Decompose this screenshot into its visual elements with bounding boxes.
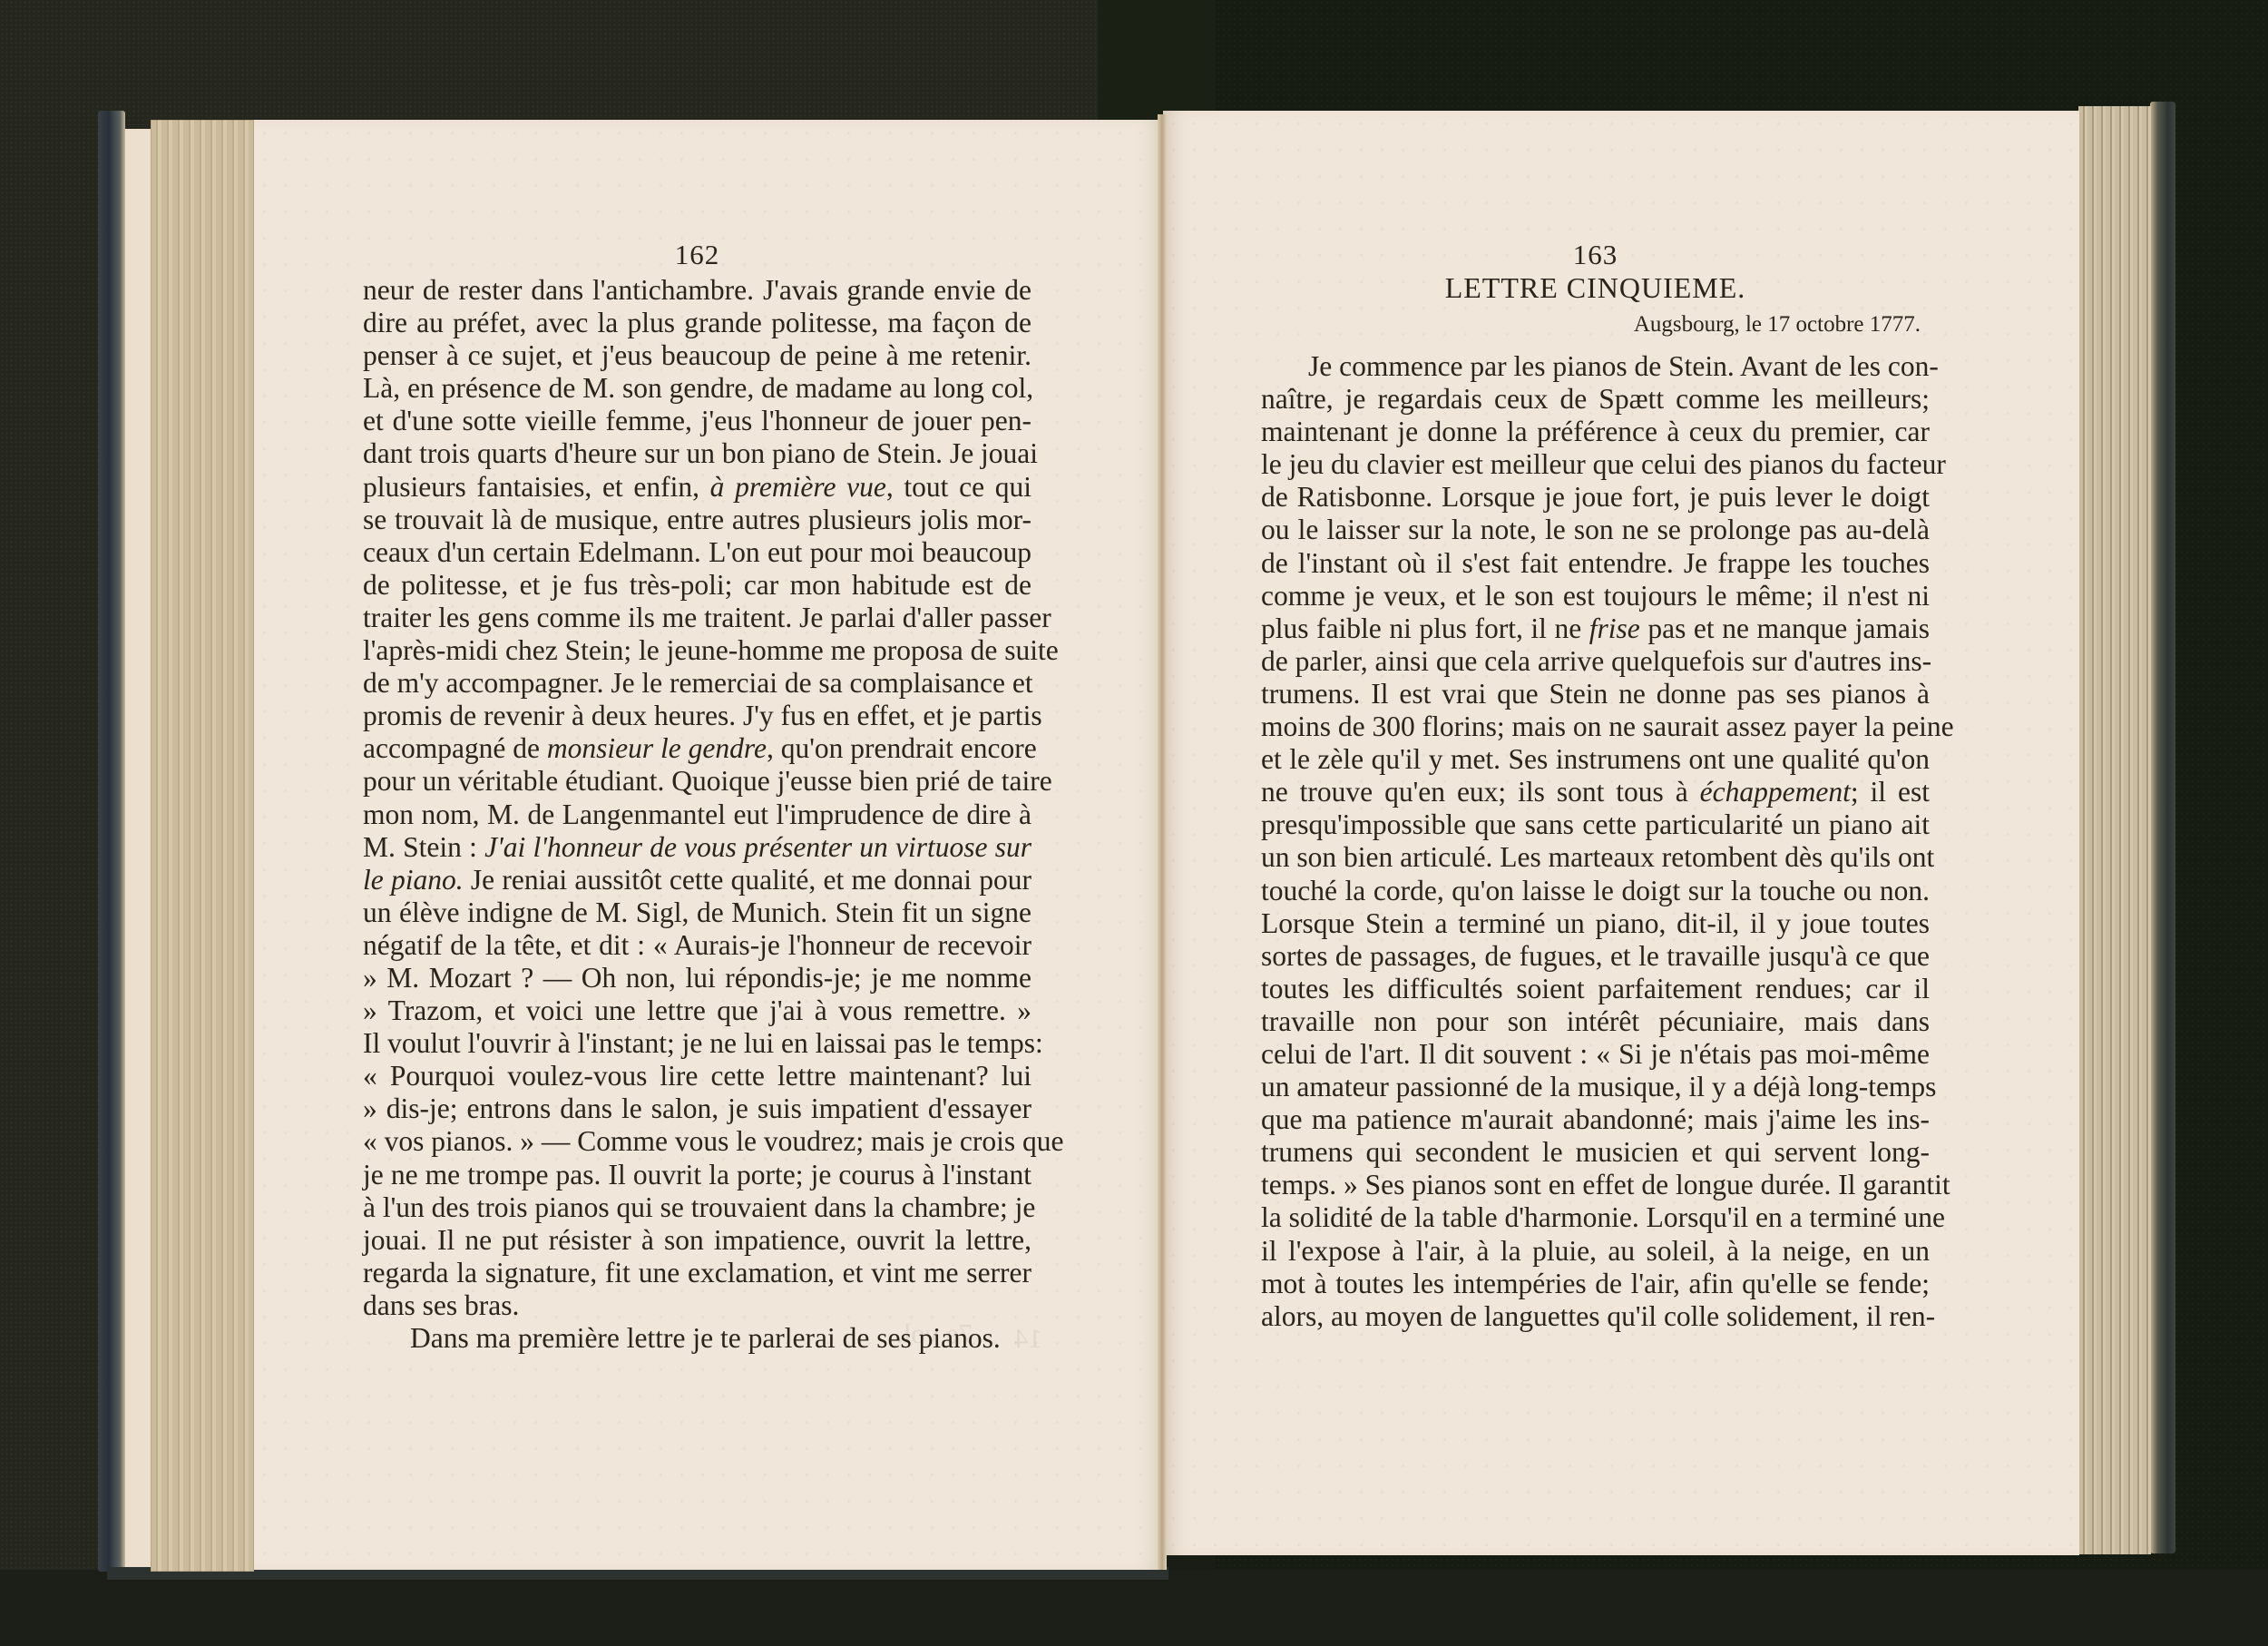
text-line: promis de revenir à deux heures. J'y fus… [363, 700, 1031, 732]
text-line-italic: plus faible ni plus fort, il ne frise pa… [1261, 612, 1930, 645]
letter-title: LETTRE CINQUIEME. [1261, 270, 1930, 305]
text-line: jouai. Il ne put résister à son impatien… [363, 1224, 1031, 1257]
italic-phrase: monsieur le gendre [547, 732, 767, 764]
text-line-italic: ne trouve qu'en eux; ils sont tous à éch… [1261, 776, 1930, 808]
text-line: le jeu du clavier est meilleur que celui… [1261, 448, 1930, 481]
text-line: dire au préfet, avec la plus grande poli… [363, 307, 1031, 339]
italic-phrase: J'ai l'honneur de vous présenter un virt… [484, 831, 1031, 863]
text-line: l'après-midi chez Stein; le jeune-homme … [363, 634, 1031, 667]
text-line: dans ses bras. [363, 1289, 1031, 1322]
book-cover-right [2150, 102, 2175, 1553]
text-line: un amateur passionné de la musique, il y… [1261, 1071, 1930, 1103]
text-line: moins de 300 florins; mais on ne saurait… [1261, 710, 1930, 743]
italic-phrase: frise [1589, 612, 1640, 644]
text-line: il l'expose à l'air, à la pluie, au sole… [1261, 1235, 1930, 1268]
text-line: que ma patience m'aurait abandonné; mais… [1261, 1103, 1930, 1136]
text-line: je ne me trompe pas. Il ouvrit la porte;… [363, 1159, 1031, 1191]
text-line-italic: accompagné de monsieur le gendre, qu'on … [363, 732, 1031, 765]
text-line: mon nom, M. de Langenmantel eut l'imprud… [363, 799, 1031, 831]
page-number-right: 163 [1261, 240, 1930, 270]
text-line: mot à toutes les intempéries de l'air, a… [1261, 1268, 1930, 1300]
text-line: » Trazom, et voici une lettre que j'ai à… [363, 994, 1031, 1027]
italic-phrase: à première vue [710, 471, 886, 503]
text-line: un son bien articulé. Les marteaux retom… [1261, 841, 1930, 874]
text-line: se trouvait là de musique, entre autres … [363, 504, 1031, 536]
text-line: celui de l'art. Il dit souvent : « Si je… [1261, 1038, 1930, 1071]
book-gutter [1158, 114, 1167, 1570]
text-line: de parler, ainsi que cela arrive quelque… [1261, 645, 1930, 678]
letter-dateline: Augsbourg, le 17 octobre 1777. [1261, 309, 1930, 341]
text-line: ou le laisser sur la note, le son ne se … [1261, 514, 1930, 546]
text-line: négatif de la tête, et dit : « Aurais-je… [363, 929, 1031, 962]
text-line: trumens. Il est vrai que Stein ne donne … [1261, 678, 1930, 710]
text-line: alors, au moyen de languettes qu'il coll… [1261, 1300, 1930, 1333]
text-line: comme je veux, et le son est toujours le… [1261, 580, 1930, 612]
text-line: la solidité de la table d'harmonie. Lors… [1261, 1201, 1930, 1234]
right-page-text: 163 LETTRE CINQUIEME. Augsbourg, le 17 o… [1261, 240, 1930, 1333]
text-line-italic: le piano. Je reniai aussitôt cette quali… [363, 864, 1031, 896]
text-line: « vos pianos. » — Comme vous le voudrez;… [363, 1125, 1031, 1158]
book-cover-left [98, 111, 125, 1572]
text-line: et le zèle qu'il y met. Ses instrumens o… [1261, 743, 1930, 776]
text-line: touché la corde, qu'on laisse le doigt s… [1261, 875, 1930, 907]
text-line: sortes de passages, de fugues, et le tra… [1261, 940, 1930, 973]
text-line-paragraph: Dans ma première lettre je te parlerai d… [363, 1322, 1031, 1355]
text-line: pour un véritable étudiant. Quoique j'eu… [363, 765, 1031, 798]
text-line: toutes les difficultés soient parfaiteme… [1261, 973, 1930, 1005]
text-line: Là, en présence de M. son gendre, de mad… [363, 372, 1031, 405]
text-line-italic: M. Stein : J'ai l'honneur de vous présen… [363, 831, 1031, 864]
italic-phrase: échappement [1700, 776, 1851, 808]
open-book: 7e vol. 14 162 neur de rester dans l'ant… [98, 102, 2175, 1590]
text-line: de politesse, et je fus très-poli; car m… [363, 569, 1031, 602]
text-line: de l'instant où il s'est fait entendre. … [1261, 547, 1930, 580]
text-line: de m'y accompagner. Je le remerciai de s… [363, 667, 1031, 700]
text-line: « Pourquoi voulez-vous lire cette lettre… [363, 1060, 1031, 1092]
text-line: un élève indigne de M. Sigl, de Munich. … [363, 896, 1031, 929]
left-page-text: 162 neur de rester dans l'antichambre. J… [363, 240, 1031, 1355]
page-edges-right [2078, 106, 2151, 1554]
text-line: Il voulut l'ouvrir à l'instant; je ne lu… [363, 1027, 1031, 1060]
text-line: de Ratisbonne. Lorsque je joue fort, je … [1261, 481, 1930, 514]
text-line: travaille non pour son intérêt pécuniair… [1261, 1005, 1930, 1038]
page-number-left: 162 [363, 240, 1031, 270]
text-line: presqu'impossible que sans cette particu… [1261, 808, 1930, 841]
text-line-paragraph: Je commence par les pianos de Stein. Ava… [1261, 350, 1930, 383]
text-line: » M. Mozart ? — Oh non, lui répondis-je;… [363, 962, 1031, 994]
text-line: neur de rester dans l'antichambre. J'ava… [363, 274, 1031, 307]
flyleaf-left [125, 129, 151, 1567]
page-edges-left [151, 120, 254, 1572]
text-line: traiter les gens comme ils me traitent. … [363, 602, 1031, 634]
text-line: trumens qui secondent le musicien et qui… [1261, 1136, 1930, 1169]
text-line-italic: plusieurs fantaisies, et enfin, à premiè… [363, 471, 1031, 504]
text-line: penser à ce sujet, et j'eus beaucoup de … [363, 339, 1031, 372]
text-line: Lorsque Stein a terminé un piano, dit-il… [1261, 907, 1930, 940]
text-line: maintenant je donne la préférence à ceux… [1261, 416, 1930, 448]
text-line: et d'une sotte vieille femme, j'eus l'ho… [363, 405, 1031, 437]
text-line: naître, je regardais ceux de Spætt comme… [1261, 383, 1930, 416]
text-line: » dis-je; entrons dans le salon, je suis… [363, 1092, 1031, 1125]
italic-phrase: le piano. [363, 864, 464, 896]
text-line: dant trois quarts d'heure sur un bon pia… [363, 437, 1031, 470]
text-line: à l'un des trois pianos qui se trouvaien… [363, 1191, 1031, 1224]
text-line: temps. » Ses pianos sont en effet de lon… [1261, 1169, 1930, 1201]
text-line: ceaux d'un certain Edelmann. L'on eut po… [363, 536, 1031, 569]
text-line: regarda la signature, fit une exclamatio… [363, 1257, 1031, 1289]
